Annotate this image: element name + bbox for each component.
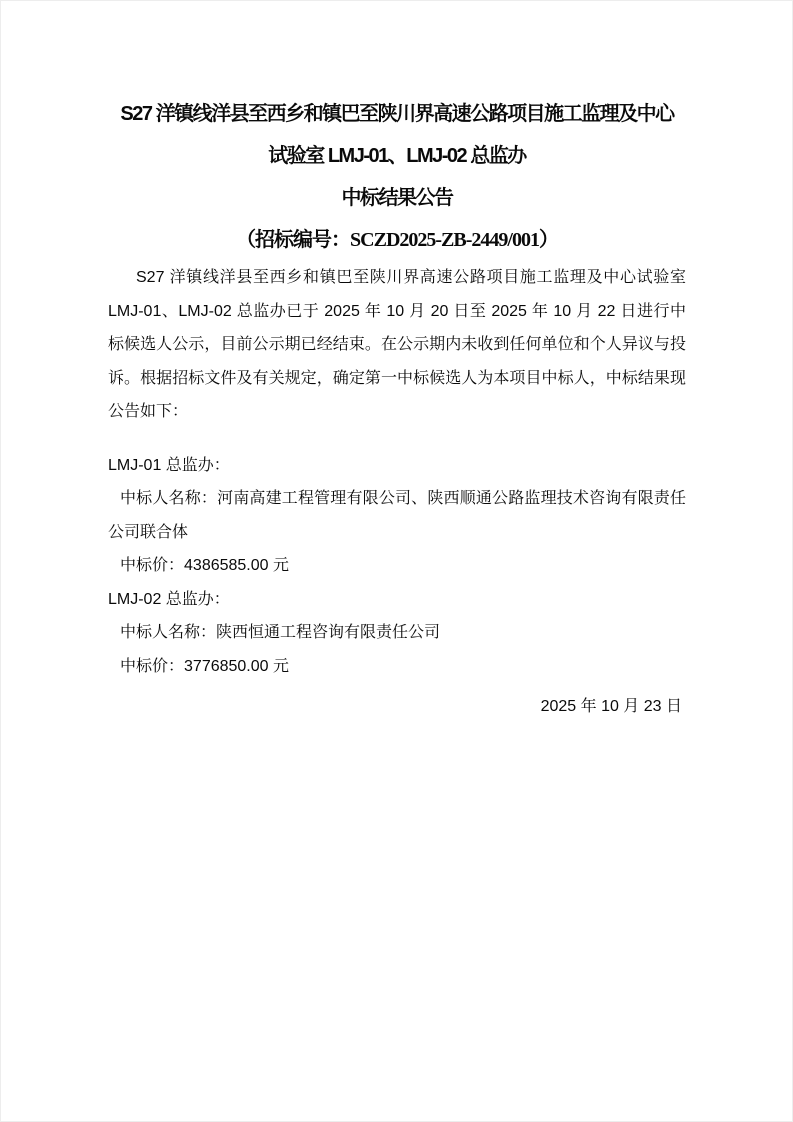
price-label: 中标价： [120, 557, 184, 574]
winner-name: 陕西恒通工程咨询有限责任公司 [216, 624, 440, 641]
winner-line: 中标人名称：陕西恒通工程咨询有限责任公司 [108, 616, 686, 650]
price-value: 4386585.00 元 [184, 557, 289, 574]
section-heading: LMJ-02 总监办： [108, 583, 686, 617]
tender-number: （招标编号：SCZD2025-ZB-2449/001） [108, 219, 686, 261]
winner-label: 中标人名称： [120, 624, 216, 641]
price-line: 中标价：4386585.00 元 [108, 549, 686, 583]
price-label: 中标价： [120, 658, 184, 675]
section-heading: LMJ-01 总监办： [108, 449, 686, 483]
price-line: 中标价：3776850.00 元 [108, 650, 686, 684]
price-value: 3776850.00 元 [184, 658, 289, 675]
document-title: S27 洋镇线洋县至西乡和镇巴至陕川界高速公路项目施工监理及中心 试验室 LMJ… [108, 93, 686, 177]
announcement-date: 2025 年 10 月 23 日 [108, 690, 686, 724]
section-lmj-02: LMJ-02 总监办： 中标人名称：陕西恒通工程咨询有限责任公司 中标价：377… [108, 583, 686, 684]
document-page: S27 洋镇线洋县至西乡和镇巴至陕川界高速公路项目施工监理及中心 试验室 LMJ… [0, 0, 793, 1122]
announcement-body: S27 洋镇线洋县至西乡和镇巴至陕川界高速公路项目施工监理及中心试验室 LMJ-… [108, 261, 686, 429]
section-lmj-01: LMJ-01 总监办： 中标人名称：河南高建工程管理有限公司、陕西顺通公路监理技… [108, 449, 686, 583]
announcement-subtitle: 中标结果公告 [108, 177, 686, 219]
result-sections: LMJ-01 总监办： 中标人名称：河南高建工程管理有限公司、陕西顺通公路监理技… [108, 449, 686, 684]
title-line-1: S27 洋镇线洋县至西乡和镇巴至陕川界高速公路项目施工监理及中心 [108, 93, 686, 135]
title-line-2: 试验室 LMJ-01、LMJ-02 总监办 [108, 135, 686, 177]
winner-line: 中标人名称：河南高建工程管理有限公司、陕西顺通公路监理技术咨询有限责任公司联合体 [108, 482, 686, 549]
winner-label: 中标人名称： [120, 490, 217, 507]
